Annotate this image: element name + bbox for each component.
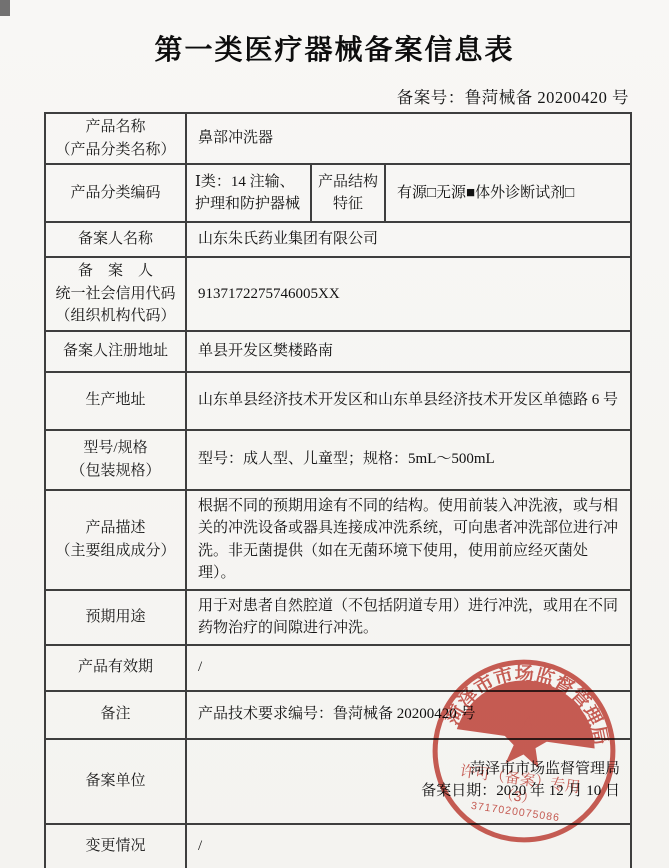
validity-period-label: 产品有效期 bbox=[45, 645, 186, 691]
validity-period-value: / bbox=[186, 645, 631, 691]
record-number-label: 备案号： bbox=[397, 88, 465, 107]
classification-code-value: Ⅰ类：14 注输、护理和防护器械 bbox=[186, 164, 311, 222]
table-row: 产品名称 （产品分类名称） 鼻部冲洗器 bbox=[45, 113, 631, 164]
production-address-value: 山东单县经济技术开发区和山东单县经济技术开发区单德路 6 号 bbox=[186, 372, 631, 430]
classification-code-label: 产品分类编码 bbox=[45, 164, 186, 222]
model-spec-label: 型号/规格 （包装规格） bbox=[45, 430, 186, 490]
table-row: 备案人名称 山东朱氏药业集团有限公司 bbox=[45, 222, 631, 257]
remarks-value: 产品技术要求编号：鲁菏械备 20200420 号 bbox=[186, 691, 631, 739]
table-row: 生产地址 山东单县经济技术开发区和山东单县经济技术开发区单德路 6 号 bbox=[45, 372, 631, 430]
product-name-label: 产品名称 （产品分类名称） bbox=[45, 113, 186, 164]
intended-use-value: 用于对患者自然腔道（不包括阴道专用）进行冲洗，或用在不同药物治疗的间隙进行冲洗。 bbox=[186, 590, 631, 645]
table-row: 备案人注册地址 单县开发区樊楼路南 bbox=[45, 331, 631, 372]
table-row: 备 案 人 统一社会信用代码 （组织机构代码） 9137172275746005… bbox=[45, 257, 631, 331]
product-name-value: 鼻部冲洗器 bbox=[186, 113, 631, 164]
credit-code-label: 备 案 人 统一社会信用代码 （组织机构代码） bbox=[45, 257, 186, 331]
remarks-label: 备注 bbox=[45, 691, 186, 739]
table-row: 型号/规格 （包装规格） 型号：成人型、儿童型；规格：5mL～500mL bbox=[45, 430, 631, 490]
registration-table: 产品名称 （产品分类名称） 鼻部冲洗器 产品分类编码 Ⅰ类：14 注输、护理和防… bbox=[44, 112, 632, 868]
table-row: 备案单位 菏泽市市场监督管理局 备案日期：2020 年 12 月 10 日 bbox=[45, 739, 631, 824]
table-row: 备注 产品技术要求编号：鲁菏械备 20200420 号 bbox=[45, 691, 631, 739]
product-description-value: 根据不同的预期用途有不同的结构。使用前装入冲洗液，或与相关的冲洗设备或器具连接成… bbox=[186, 490, 631, 590]
structure-feature-label: 产品结构特征 bbox=[311, 164, 385, 222]
credit-code-value: 9137172275746005XX bbox=[186, 257, 631, 331]
registered-address-label: 备案人注册地址 bbox=[45, 331, 186, 372]
structure-feature-value: 有源□无源■体外诊断试剂□ bbox=[385, 164, 631, 222]
filing-authority-label: 备案单位 bbox=[45, 739, 186, 824]
registered-address-value: 单县开发区樊楼路南 bbox=[186, 331, 631, 372]
filing-authority-value: 菏泽市市场监督管理局 备案日期：2020 年 12 月 10 日 bbox=[186, 739, 631, 824]
table-row: 产品描述 （主要组成成分） 根据不同的预期用途有不同的结构。使用前装入冲洗液，或… bbox=[45, 490, 631, 590]
table-row: 预期用途 用于对患者自然腔道（不包括阴道专用）进行冲洗，或用在不同药物治疗的间隙… bbox=[45, 590, 631, 645]
registration-form-page: 第一类医疗器械备案信息表 备案号：鲁菏械备 20200420 号 产品名称 （产… bbox=[0, 0, 669, 868]
model-spec-value: 型号：成人型、儿童型；规格：5mL～500mL bbox=[186, 430, 631, 490]
record-number: 备案号：鲁菏械备 20200420 号 bbox=[397, 84, 629, 108]
scan-corner-artifact bbox=[0, 0, 10, 16]
table-row: 变更情况 / bbox=[45, 824, 631, 868]
table-row: 产品有效期 / bbox=[45, 645, 631, 691]
page-title: 第一类医疗器械备案信息表 bbox=[0, 28, 669, 68]
product-description-label: 产品描述 （主要组成成分） bbox=[45, 490, 186, 590]
changes-label: 变更情况 bbox=[45, 824, 186, 868]
registrant-name-label: 备案人名称 bbox=[45, 222, 186, 257]
intended-use-label: 预期用途 bbox=[45, 590, 186, 645]
table-row: 产品分类编码 Ⅰ类：14 注输、护理和防护器械 产品结构特征 有源□无源■体外诊… bbox=[45, 164, 631, 222]
changes-value: / bbox=[186, 824, 631, 868]
registrant-name-value: 山东朱氏药业集团有限公司 bbox=[186, 222, 631, 257]
production-address-label: 生产地址 bbox=[45, 372, 186, 430]
record-number-value: 鲁菏械备 20200420 号 bbox=[465, 88, 629, 107]
